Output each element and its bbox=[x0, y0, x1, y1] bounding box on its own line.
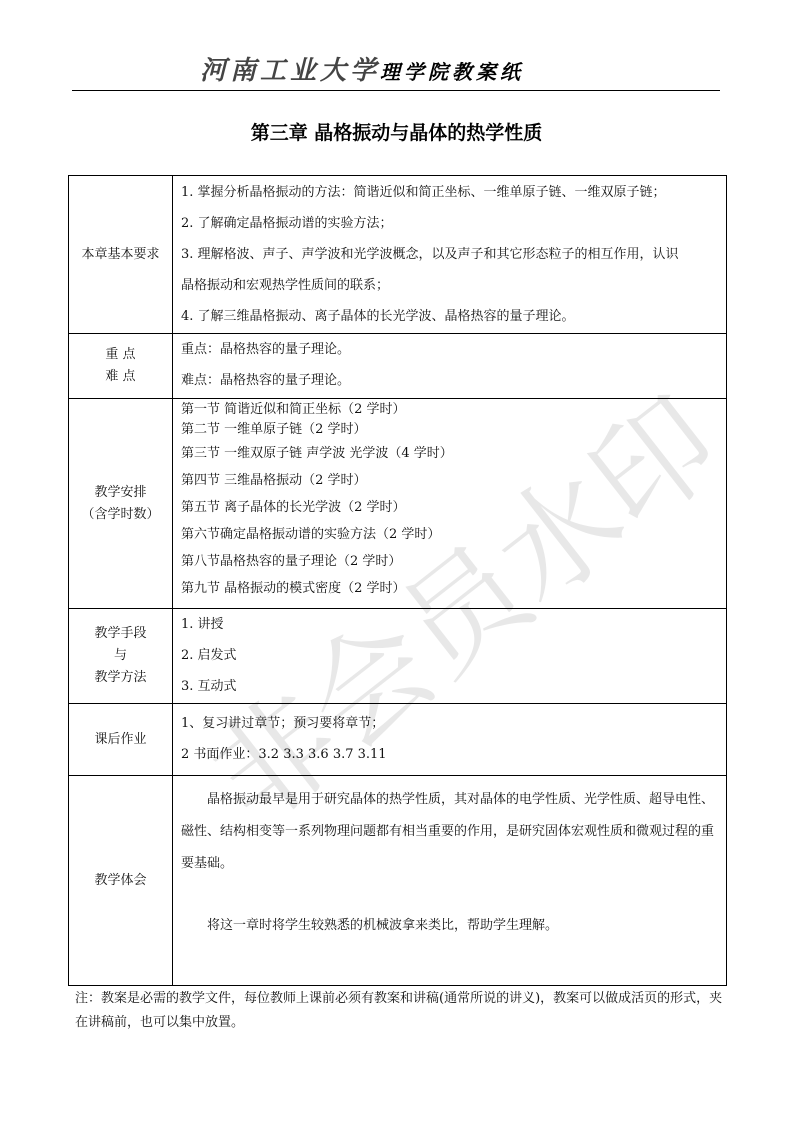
row-label: 课后作业 bbox=[69, 704, 173, 776]
letterhead: 河南工业大学理学院教案纸 bbox=[200, 50, 524, 87]
reflection-paragraph: 将这一章时将学生较熟悉的机械波拿来类比，帮助学生理解。 bbox=[181, 910, 718, 942]
list-item: 第九节 晶格振动的模式密度（2 学时） bbox=[181, 575, 718, 602]
requirements-content: 1. 掌握分析晶格振动的方法：简谐近似和简正坐标、一维单原子链、一维双原子链； … bbox=[173, 176, 727, 334]
list-item: 3. 理解格波、声子、声学波和光学波概念，以及声子和其它形态粒子的相互作用，认识 bbox=[181, 239, 718, 270]
list-item: 第六节确定晶格振动谱的实验方法（2 学时） bbox=[181, 521, 718, 548]
table-row-reflection: 教学体会 晶格振动最早是用于研究晶体的热学性质，其对晶体的电学性质、光学性质、超… bbox=[69, 776, 727, 986]
list-item: 1、复习讲过章节；预习要将章节； bbox=[181, 708, 718, 739]
footnote: 注：教案是必需的教学文件，每位教师上课前必须有教案和讲稿(通常所说的讲义)，教案… bbox=[75, 987, 725, 1035]
list-item: 重点：晶格热容的量子理论。 bbox=[181, 334, 718, 365]
label-line: 难 点 bbox=[69, 366, 172, 388]
label-line: 教学安排 bbox=[69, 482, 172, 504]
chapter-title: 第三章 晶格振动与晶体的热学性质 bbox=[0, 118, 793, 145]
list-item: 第五节 离子晶体的长光学波（2 学时） bbox=[181, 494, 718, 521]
row-label: 教学体会 bbox=[69, 776, 173, 986]
list-item: 第一节 简谐近似和简正坐标（2 学时） bbox=[181, 400, 718, 420]
label-line: 与 bbox=[69, 645, 172, 667]
list-item: 4. 了解三维晶格振动、离子晶体的长光学波、晶格热容的量子理论。 bbox=[181, 301, 718, 332]
label-line: 教学方法 bbox=[69, 667, 172, 689]
label-line: 教学手段 bbox=[69, 623, 172, 645]
list-item: 难点：晶格热容的量子理论。 bbox=[181, 365, 718, 396]
list-item: 2. 了解确定晶格振动谱的实验方法； bbox=[181, 208, 718, 239]
list-item: 第八节晶格热容的量子理论（2 学时） bbox=[181, 548, 718, 575]
label-line: （含学时数） bbox=[69, 504, 172, 526]
list-item: 2 书面作业：3.2 3.3 3.6 3.7 3.11 bbox=[181, 739, 718, 770]
key-points-content: 重点：晶格热容的量子理论。 难点：晶格热容的量子理论。 bbox=[173, 334, 727, 399]
list-item: 2. 启发式 bbox=[181, 640, 718, 671]
table-row-key-points: 重 点 难 点 重点：晶格热容的量子理论。 难点：晶格热容的量子理论。 bbox=[69, 334, 727, 399]
list-item: 1. 掌握分析晶格振动的方法：简谐近似和简正坐标、一维单原子链、一维双原子链； bbox=[181, 177, 718, 208]
methods-content: 1. 讲授 2. 启发式 3. 互动式 bbox=[173, 609, 727, 704]
spacer bbox=[181, 880, 718, 910]
row-label: 本章基本要求 bbox=[69, 176, 173, 334]
table-row-schedule: 教学安排 （含学时数） 第一节 简谐近似和简正坐标（2 学时） 第二节 一维单原… bbox=[69, 399, 727, 609]
header-divider bbox=[72, 90, 720, 91]
row-label: 重 点 难 点 bbox=[69, 334, 173, 399]
table-row-methods: 教学手段 与 教学方法 1. 讲授 2. 启发式 3. 互动式 bbox=[69, 609, 727, 704]
list-item: 1. 讲授 bbox=[181, 609, 718, 640]
reflection-content: 晶格振动最早是用于研究晶体的热学性质，其对晶体的电学性质、光学性质、超导电性、磁… bbox=[173, 776, 727, 986]
table-row-homework: 课后作业 1、复习讲过章节；预习要将章节； 2 书面作业：3.2 3.3 3.6… bbox=[69, 704, 727, 776]
list-item: 第四节 三维晶格振动（2 学时） bbox=[181, 467, 718, 494]
lesson-plan-table: 本章基本要求 1. 掌握分析晶格振动的方法：简谐近似和简正坐标、一维单原子链、一… bbox=[68, 175, 727, 986]
row-label: 教学安排 （含学时数） bbox=[69, 399, 173, 609]
table-row-requirements: 本章基本要求 1. 掌握分析晶格振动的方法：简谐近似和简正坐标、一维单原子链、一… bbox=[69, 176, 727, 334]
list-item: 晶格振动和宏观热学性质间的联系； bbox=[181, 270, 718, 301]
row-label: 教学手段 与 教学方法 bbox=[69, 609, 173, 704]
school-name: 河南工业大学 bbox=[200, 56, 380, 86]
list-item: 第二节 一维单原子链（2 学时） bbox=[181, 420, 718, 440]
schedule-content: 第一节 简谐近似和简正坐标（2 学时） 第二节 一维单原子链（2 学时） 第三节… bbox=[173, 399, 727, 609]
homework-content: 1、复习讲过章节；预习要将章节； 2 书面作业：3.2 3.3 3.6 3.7 … bbox=[173, 704, 727, 776]
list-item: 第三节 一维双原子链 声学波 光学波（4 学时） bbox=[181, 440, 718, 467]
department-name: 理学院教案纸 bbox=[380, 60, 524, 84]
reflection-paragraph: 晶格振动最早是用于研究晶体的热学性质，其对晶体的电学性质、光学性质、超导电性、磁… bbox=[181, 784, 718, 880]
label-line: 重 点 bbox=[69, 344, 172, 366]
list-item: 3. 互动式 bbox=[181, 671, 718, 702]
